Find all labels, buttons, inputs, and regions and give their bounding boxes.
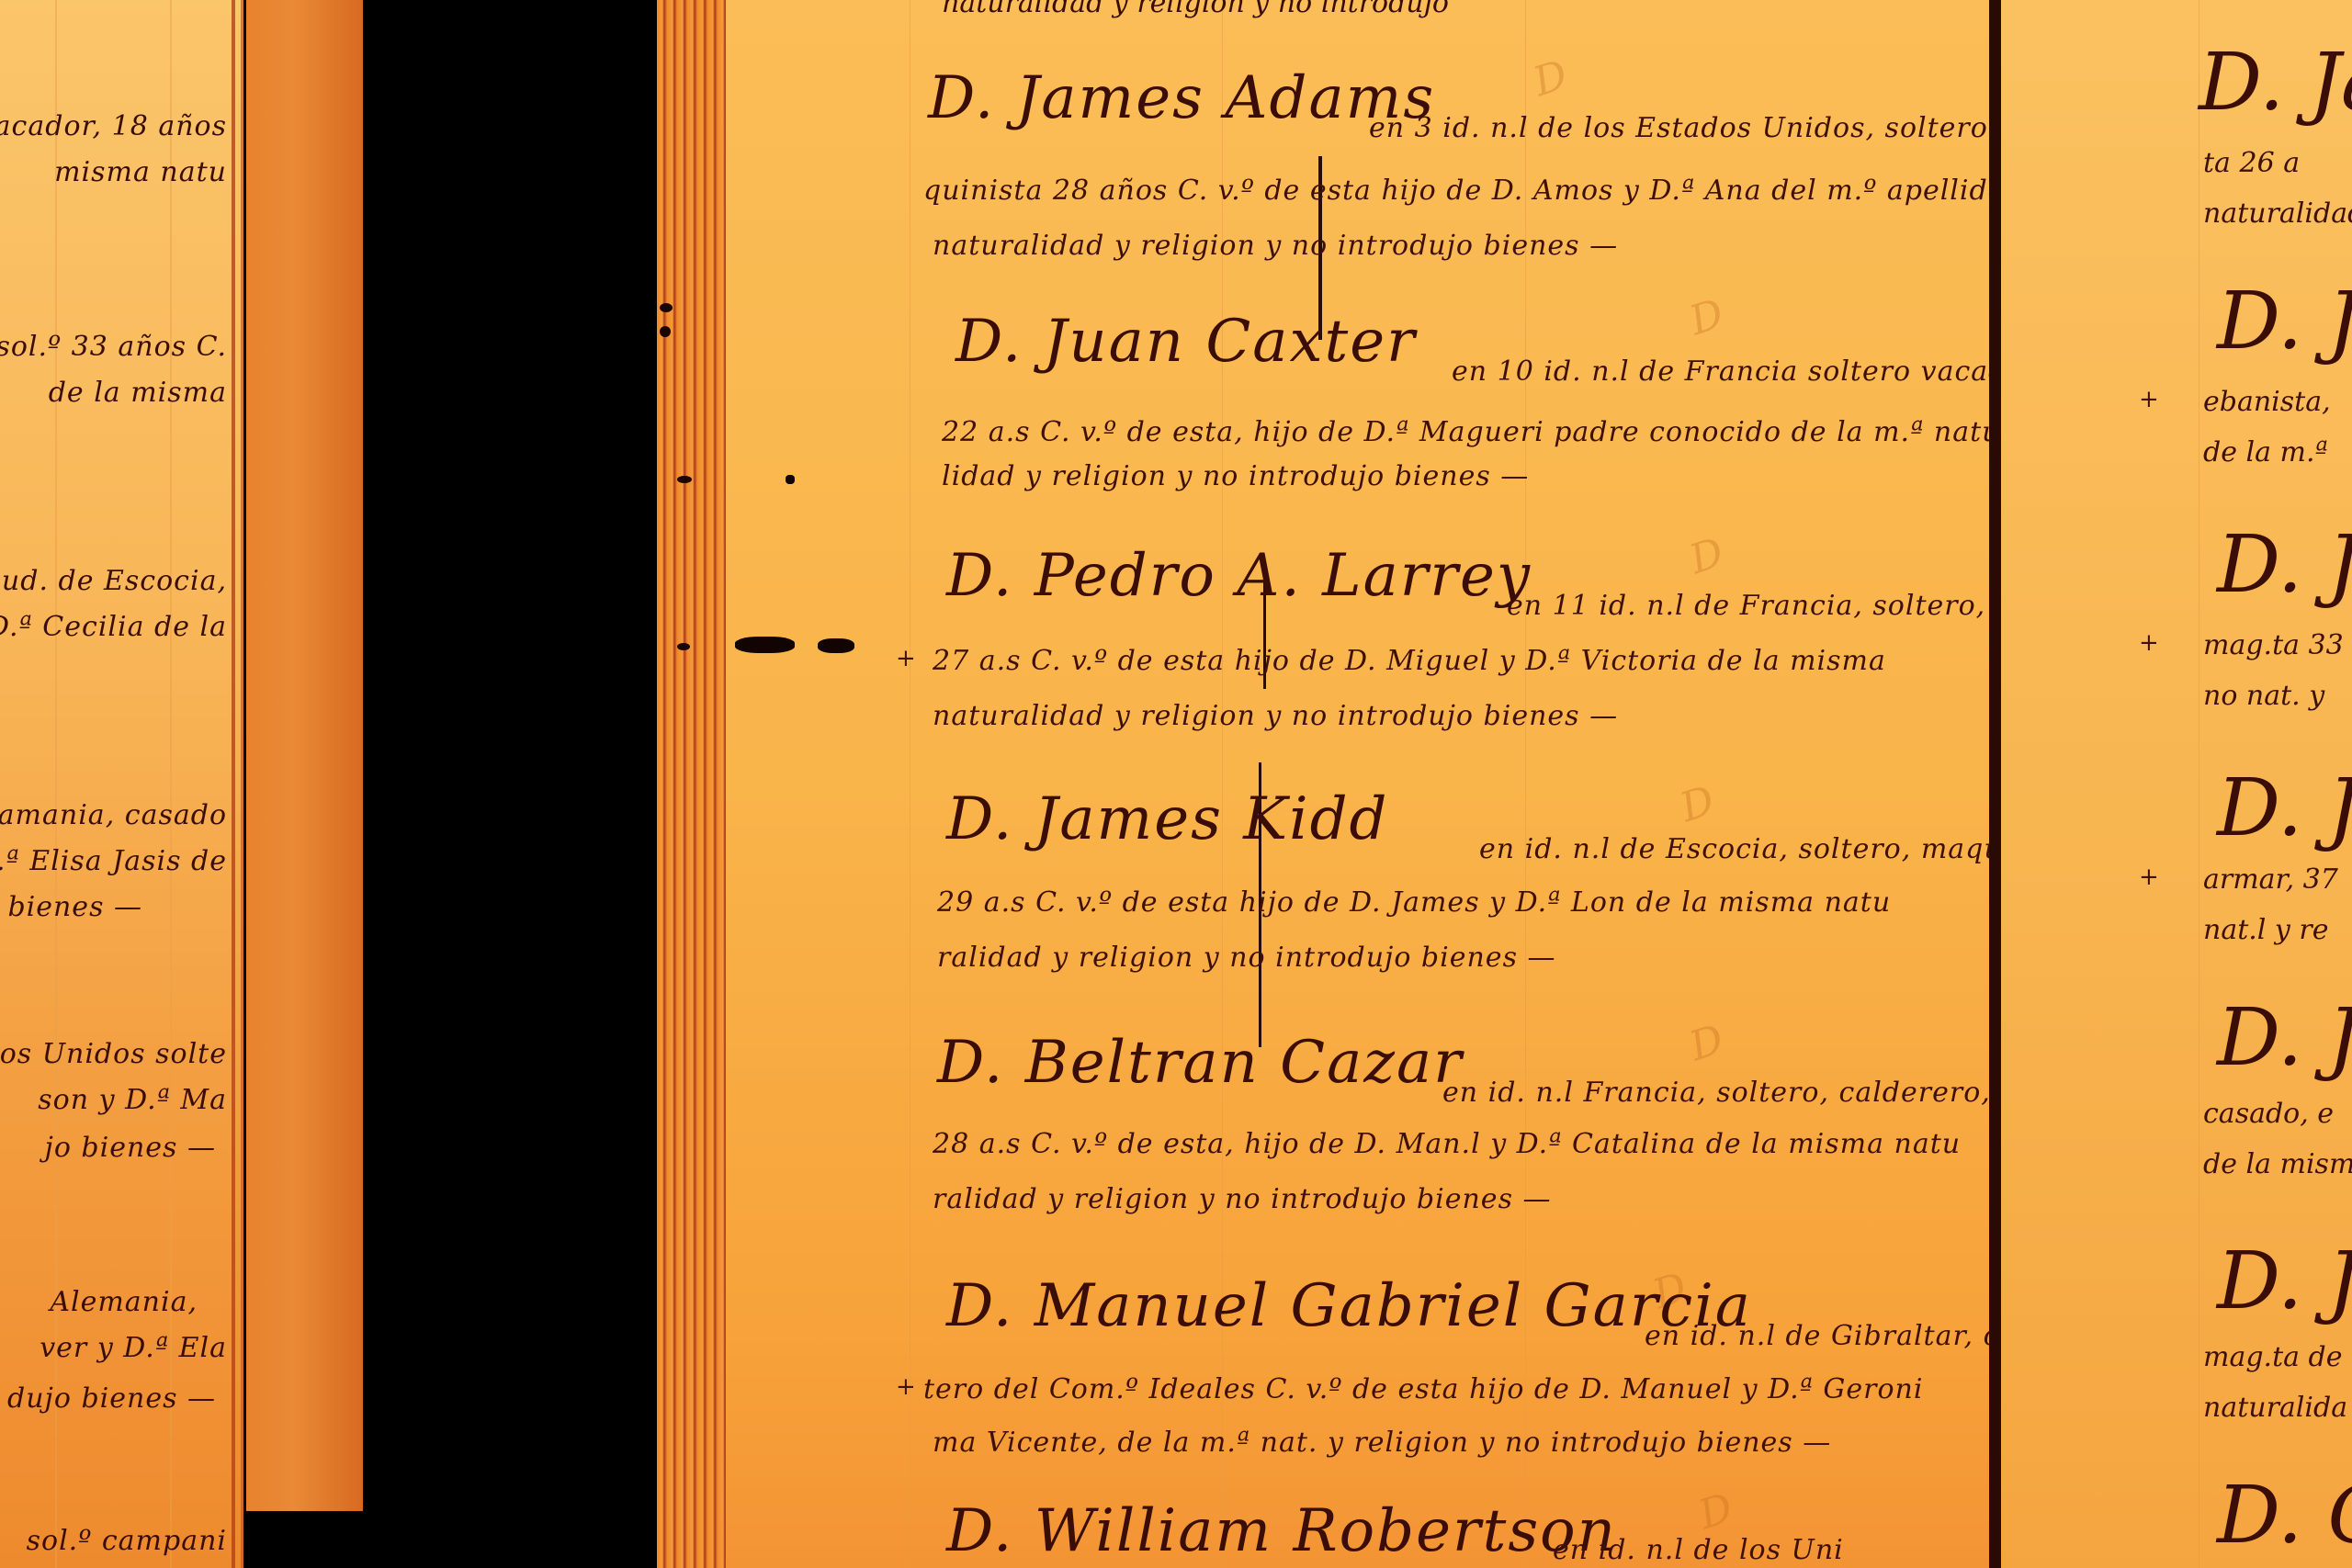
entry-line: de la m.ª	[2203, 436, 2328, 468]
ruled-column-line	[2199, 0, 2199, 1568]
ink-blot	[660, 326, 671, 337]
entry-line: ralidad y religion y no introdujo bienes…	[933, 1183, 1552, 1215]
bleed-through-ink: D	[1684, 529, 1729, 583]
bleed-through-ink: D	[1684, 1016, 1729, 1070]
ink-blot	[786, 475, 795, 484]
entry-line: en 10 id. n.l de Francia soltero vacador…	[1452, 355, 2045, 388]
entry-line: lidad y religion y no introdujo bienes —	[942, 460, 1529, 492]
ink-blot	[735, 637, 795, 653]
bleed-through-ink: D	[1693, 1484, 1738, 1539]
entry-line: quinista 28 años C. v.º de esta hijo de …	[923, 175, 2006, 207]
bleed-through-ink: D	[1528, 51, 1573, 106]
entry-name: D. Gu	[2217, 1470, 2352, 1562]
entry-name: D. J	[2217, 1235, 2352, 1327]
entry-line: naturalidad y religion y no introdujo bi…	[933, 230, 1618, 262]
entry-line: en id. n.l Francia, soltero, calderero,	[1442, 1077, 1991, 1109]
ink-blot	[660, 303, 673, 312]
entry-name: D. J	[2217, 519, 2352, 611]
handwritten-line: misma natu	[54, 156, 227, 188]
ink-blot	[677, 643, 690, 650]
handwritten-line: Alemania,	[50, 1286, 198, 1318]
book-gutter-shadow	[363, 0, 657, 1568]
handwritten-line: D.ª Elisa Jasis de	[0, 845, 227, 877]
handwritten-line: sol.º 33 años C.	[0, 331, 227, 363]
entry-line: 28 a.s C. v.º de esta, hijo de D. Man.l …	[933, 1128, 1961, 1160]
book-gutter-shadow	[243, 1511, 363, 1568]
handwritten-line: amania, casado	[0, 799, 227, 831]
entry-line: de la misma	[2203, 1148, 2352, 1180]
entry-line: en id. n.l de Gibraltar, ol-	[1645, 1320, 2020, 1352]
entry-name: D. Manuel Gabriel Garcia	[946, 1272, 1752, 1340]
bleed-through-ink: D	[1684, 290, 1729, 344]
binding-board-strip	[246, 0, 363, 1511]
center-register-page: naturalidad y religion y no introdujo D …	[726, 0, 1989, 1568]
page-divider-rule	[1989, 0, 2001, 1568]
entry-name: D. Pedro A. Larrey	[946, 542, 1532, 610]
handwritten-line: ud. de Escocia,	[2, 565, 227, 597]
ink-blot	[818, 638, 854, 653]
entry-line: ta 26 a	[2203, 147, 2300, 179]
margin-cross-mark: +	[896, 1373, 916, 1401]
entry-name: D. James Adams	[928, 64, 1435, 132]
margin-cross-mark: +	[2139, 629, 2159, 657]
left-page-fragment: vacador, 18 años misma natu sol.º 33 año…	[0, 0, 243, 1568]
handwritten-line: naturalidad y religion y no introdujo	[942, 0, 1449, 19]
entry-line: 22 a.s C. v.º de esta, hijo de D.ª Mague…	[942, 416, 2032, 448]
entry-name: D. J	[2217, 276, 2352, 367]
entry-line: 29 a.s C. v.º de esta hijo de D. James y…	[937, 886, 1891, 919]
entry-line: mag.ta 33	[2203, 629, 2344, 661]
stacked-page-edges	[657, 0, 726, 1568]
red-margin-rule	[241, 0, 243, 1568]
entry-line: tero del Com.º Ideales C. v.º de esta hi…	[923, 1373, 1923, 1405]
handwritten-line: vacador, 18 años	[0, 110, 227, 142]
margin-cross-mark: +	[2139, 386, 2159, 413]
entry-line: naturalidad	[2203, 197, 2352, 230]
entry-line: no nat. y	[2203, 680, 2324, 712]
entry-line: naturalidad y religion y no introdujo bi…	[933, 700, 1618, 732]
ink-blot	[677, 476, 692, 483]
handwritten-line: ver y D.ª Ela	[40, 1332, 227, 1364]
entry-name: D. J	[2217, 762, 2352, 854]
entry-line: nat.l y re	[2203, 914, 2329, 946]
red-margin-rule	[232, 0, 235, 1568]
ruled-column-line	[910, 0, 910, 1568]
entry-name: D. Ja	[2199, 37, 2352, 129]
handwritten-line: bienes —	[7, 891, 142, 923]
handwritten-line: son y D.ª Ma	[38, 1084, 227, 1116]
bleed-through-ink: D	[1675, 777, 1720, 831]
entry-name: D. Beltran Cazar	[937, 1029, 1464, 1097]
handwritten-line: sol.º campani	[27, 1525, 227, 1557]
handwritten-line: de la misma	[49, 377, 227, 409]
handwritten-line: dujo bienes —	[7, 1382, 216, 1415]
entry-name: D. William Robertson	[946, 1497, 1617, 1565]
entry-name: D. Juan Caxter	[955, 308, 1417, 376]
entry-line: en 3 id. n.l de los Estados Unidos, solt…	[1369, 112, 2052, 144]
entry-name: D. J	[2217, 992, 2352, 1084]
entry-line: ma Vicente, de la m.ª nat. y religion y …	[933, 1427, 1831, 1459]
entry-line: ralidad y religion y no introdujo bienes…	[937, 942, 1556, 974]
margin-cross-mark: +	[2139, 863, 2159, 891]
entry-line: en id. n.l de los Uni	[1553, 1534, 1844, 1566]
right-register-page: D. Ja ta 26 a naturalidad D. J + ebanist…	[2001, 0, 2352, 1568]
entry-name: D. James Kidd	[946, 785, 1389, 853]
handwritten-line: dos Unidos solte	[0, 1038, 227, 1070]
handwritten-line: y D.ª Cecilia de la	[0, 611, 227, 643]
margin-cross-mark: +	[896, 645, 916, 672]
entry-line: naturalida	[2203, 1392, 2347, 1424]
handwritten-line: jo bienes —	[45, 1132, 216, 1164]
entry-line: 27 a.s C. v.º de esta hijo de D. Miguel …	[933, 645, 1886, 677]
entry-line: ebanista,	[2203, 386, 2331, 418]
entry-line: mag.ta de	[2203, 1341, 2343, 1373]
entry-line: armar, 37	[2203, 863, 2338, 896]
entry-line: casado, e	[2203, 1098, 2334, 1130]
